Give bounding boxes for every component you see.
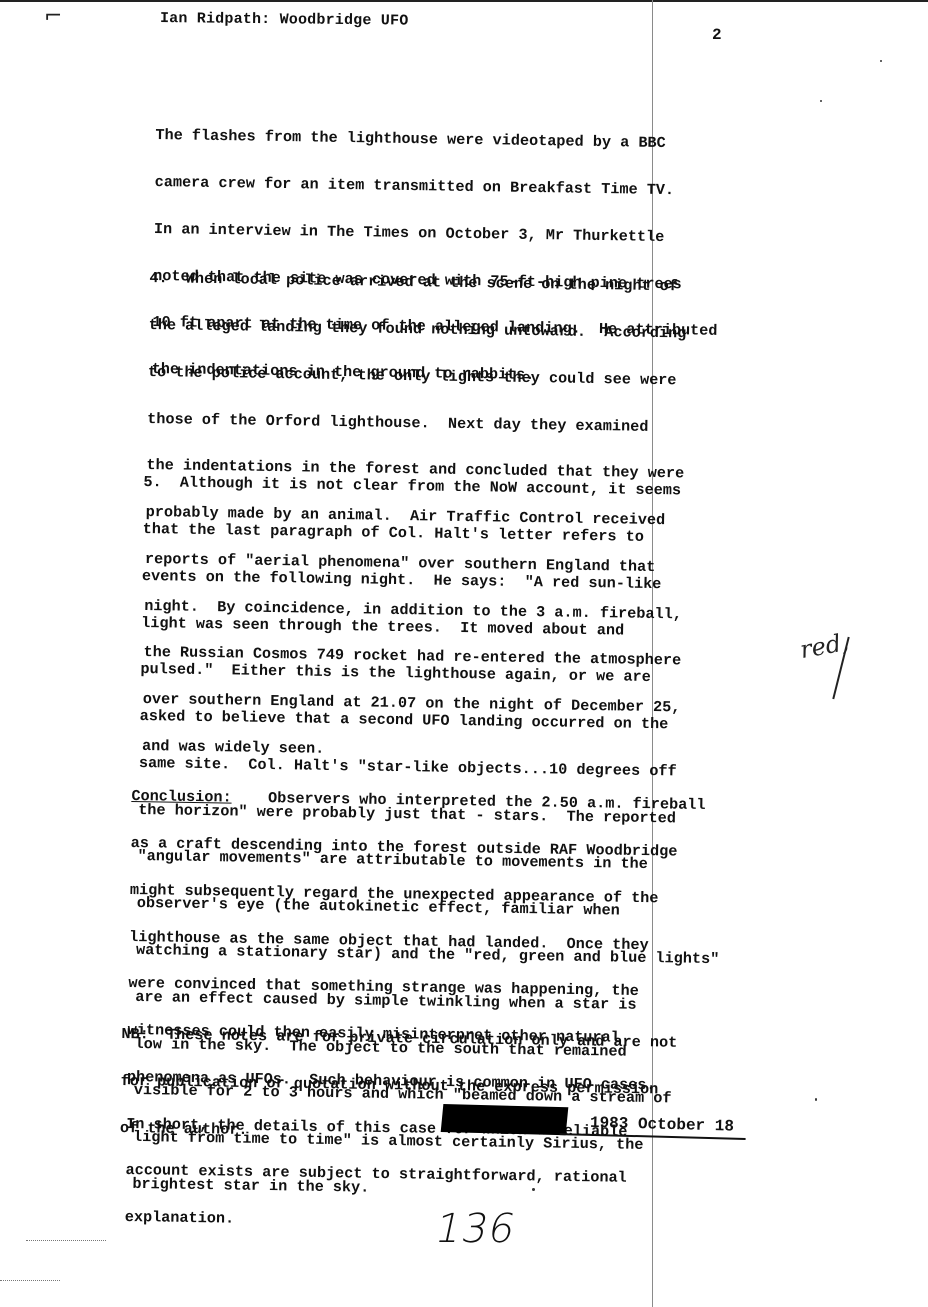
- text-line: The flashes from the lighthouse were vid…: [155, 128, 720, 152]
- scan-speck: [880, 60, 882, 62]
- conclusion-heading: Conclusion:: [131, 787, 232, 807]
- text-line: events on the following night. He says: …: [142, 569, 725, 594]
- document-header-title: Ian Ridpath: Woodbridge UFO: [160, 10, 409, 30]
- text-line: the alleged landing they found nothing u…: [149, 318, 687, 342]
- text-line: to the police account, the only lights t…: [148, 365, 686, 389]
- text-line: pulsed." Either this is the lighthouse a…: [140, 662, 723, 687]
- page-number: 2: [712, 26, 722, 44]
- text-line: might subsequently regard the unexpected…: [130, 883, 704, 908]
- text-line: as a craft descending into the forest ou…: [131, 836, 705, 861]
- text-line: NB: These notes are for private circulat…: [121, 1027, 677, 1051]
- handwritten-folio-number: 136: [431, 1206, 520, 1252]
- text-line: camera crew for an item transmitted on B…: [155, 175, 720, 199]
- text-line: for publication or quotation without the…: [121, 1074, 677, 1098]
- text-line: light was seen through the trees. It mov…: [141, 616, 724, 641]
- text-line: those of the Orford lighthouse. Next day…: [147, 412, 685, 436]
- corner-mark-icon: ⌐: [44, 4, 62, 29]
- redaction-bar: [441, 1104, 569, 1135]
- text-line: that the last paragraph of Col. Halt's l…: [143, 522, 726, 547]
- text-line: 4. When local police arrived at the scen…: [149, 271, 687, 295]
- text-line: account exists are subject to straightfo…: [125, 1163, 699, 1188]
- text-line: Conclusion: Observers who interpreted th…: [131, 789, 705, 814]
- text-line: explanation.: [125, 1210, 699, 1235]
- text-line-fragment: Observers who interpreted the 2.50 a.m. …: [232, 789, 706, 814]
- scan-noise: [26, 1240, 106, 1242]
- text-line: asked to believe that a second UFO landi…: [140, 709, 723, 734]
- scan-speck: [532, 1188, 535, 1191]
- scan-speck: [820, 100, 822, 102]
- scan-top-edge: [0, 0, 928, 2]
- text-line: lighthouse as the same object that had l…: [129, 930, 703, 955]
- text-line: 5. Although it is not clear from the NoW…: [143, 475, 726, 500]
- scan-speck: [815, 1098, 817, 1101]
- scan-noise: [0, 1280, 60, 1282]
- signature-date: 1983 October 18: [590, 1114, 734, 1136]
